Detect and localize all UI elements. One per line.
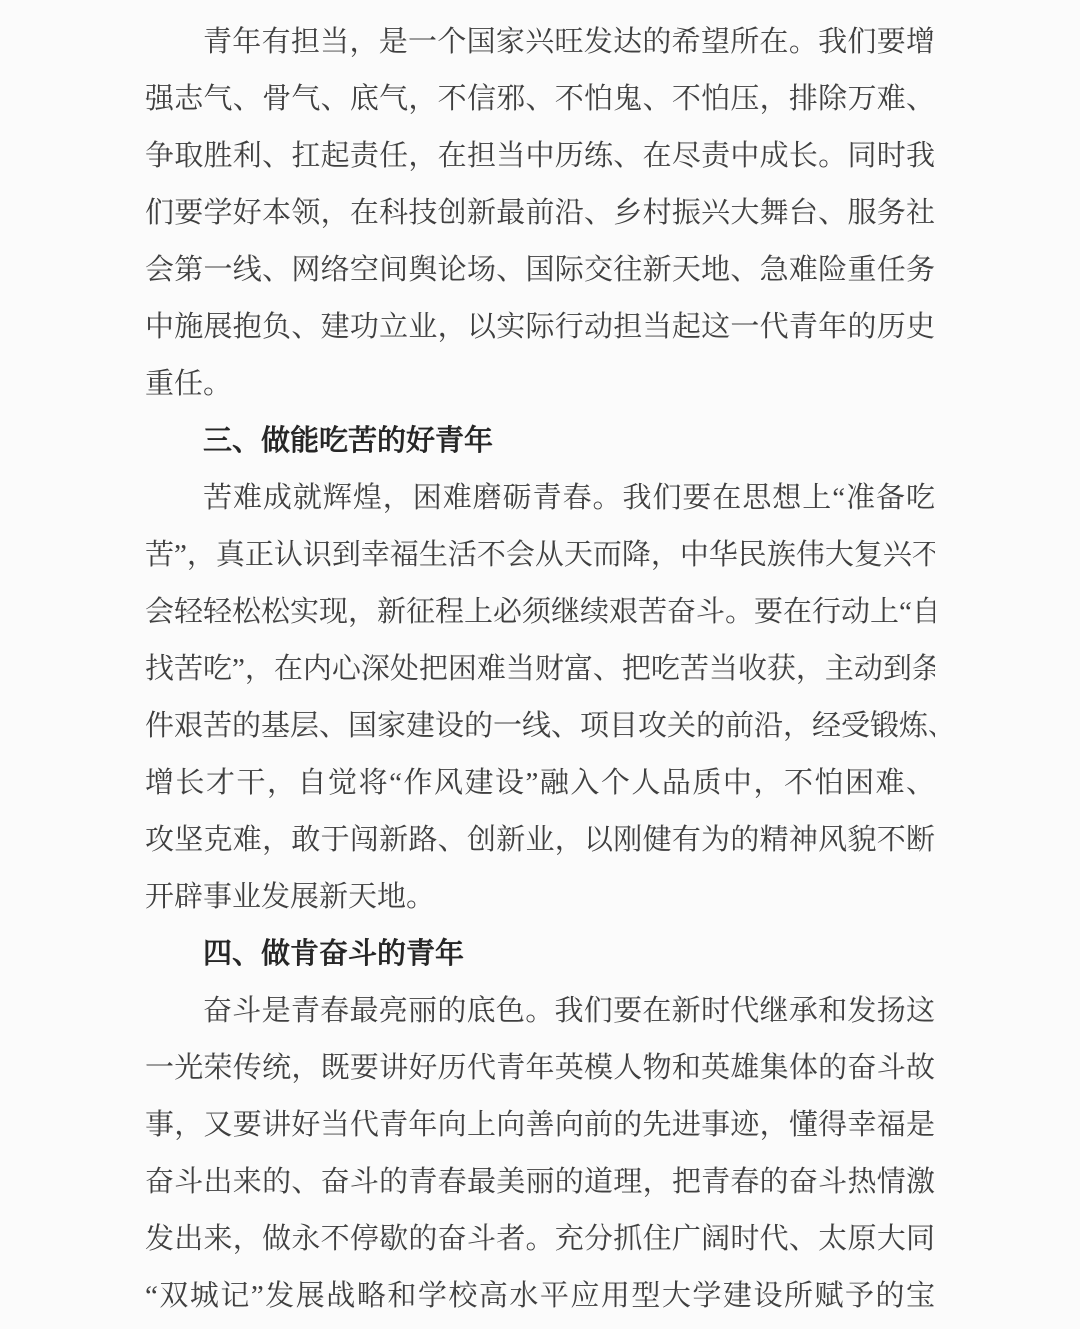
paragraph-line: 攻坚克难，敢于闯新路、创新业，以刚健有为的精神风貌不断 xyxy=(145,812,935,869)
paragraph-line: 重任。 xyxy=(145,356,935,413)
paragraph-line: 发出来，做永不停歇的奋斗者。充分抓住广阔时代、太原大同 xyxy=(145,1211,935,1268)
paragraph-line: 争取胜利、扛起责任，在担当中历练、在尽责中成长。同时我 xyxy=(145,128,935,185)
document-page: 青年有担当，是一个国家兴旺发达的希望所在。我们要增强志气、骨气、底气，不信邪、不… xyxy=(0,0,1080,1329)
paragraph-line: “双城记”发展战略和学校高水平应用型大学建设所赋予的宝 xyxy=(145,1268,935,1325)
paragraph-line: 会轻轻松松实现，新征程上必须继续艰苦奋斗。要在行动上“自 xyxy=(145,584,935,641)
paragraph-line: 件艰苦的基层、国家建设的一线、项目攻关的前沿，经受锻炼、 xyxy=(145,698,935,755)
paragraph-line: 们要学好本领，在科技创新最前沿、乡村振兴大舞台、服务社 xyxy=(145,185,935,242)
paragraph-line: 一光荣传统，既要讲好历代青年英模人物和英雄集体的奋斗故 xyxy=(145,1040,935,1097)
document-body: 青年有担当，是一个国家兴旺发达的希望所在。我们要增强志气、骨气、底气，不信邪、不… xyxy=(145,14,935,1325)
paragraph-line: 中施展抱负、建功立业，以实际行动担当起这一代青年的历史 xyxy=(145,299,935,356)
paragraph-line: 开辟事业发展新天地。 xyxy=(145,869,935,926)
paragraph-line: 奋斗是青春最亮丽的底色。我们要在新时代继承和发扬这 xyxy=(145,983,935,1040)
paragraph-line: 奋斗出来的、奋斗的青春最美丽的道理，把青春的奋斗热情激 xyxy=(145,1154,935,1211)
paragraph-line: 苦”，真正认识到幸福生活不会从天而降，中华民族伟大复兴不 xyxy=(145,527,935,584)
paragraph-line: 苦难成就辉煌，困难磨砺青春。我们要在思想上“准备吃 xyxy=(145,470,935,527)
section-heading: 三、做能吃苦的好青年 xyxy=(145,413,935,470)
paragraph-line: 强志气、骨气、底气，不信邪、不怕鬼、不怕压，排除万难、 xyxy=(145,71,935,128)
paragraph-line: 会第一线、网络空间舆论场、国际交往新天地、急难险重任务 xyxy=(145,242,935,299)
section-heading: 四、做肯奋斗的青年 xyxy=(145,926,935,983)
paragraph-line: 青年有担当，是一个国家兴旺发达的希望所在。我们要增 xyxy=(145,14,935,71)
paragraph-line: 找苦吃”，在内心深处把困难当财富、把吃苦当收获，主动到条 xyxy=(145,641,935,698)
paragraph-line: 事，又要讲好当代青年向上向善向前的先进事迹，懂得幸福是 xyxy=(145,1097,935,1154)
paragraph-line: 增长才干，自觉将“作风建设”融入个人品质中，不怕困难、 xyxy=(145,755,935,812)
